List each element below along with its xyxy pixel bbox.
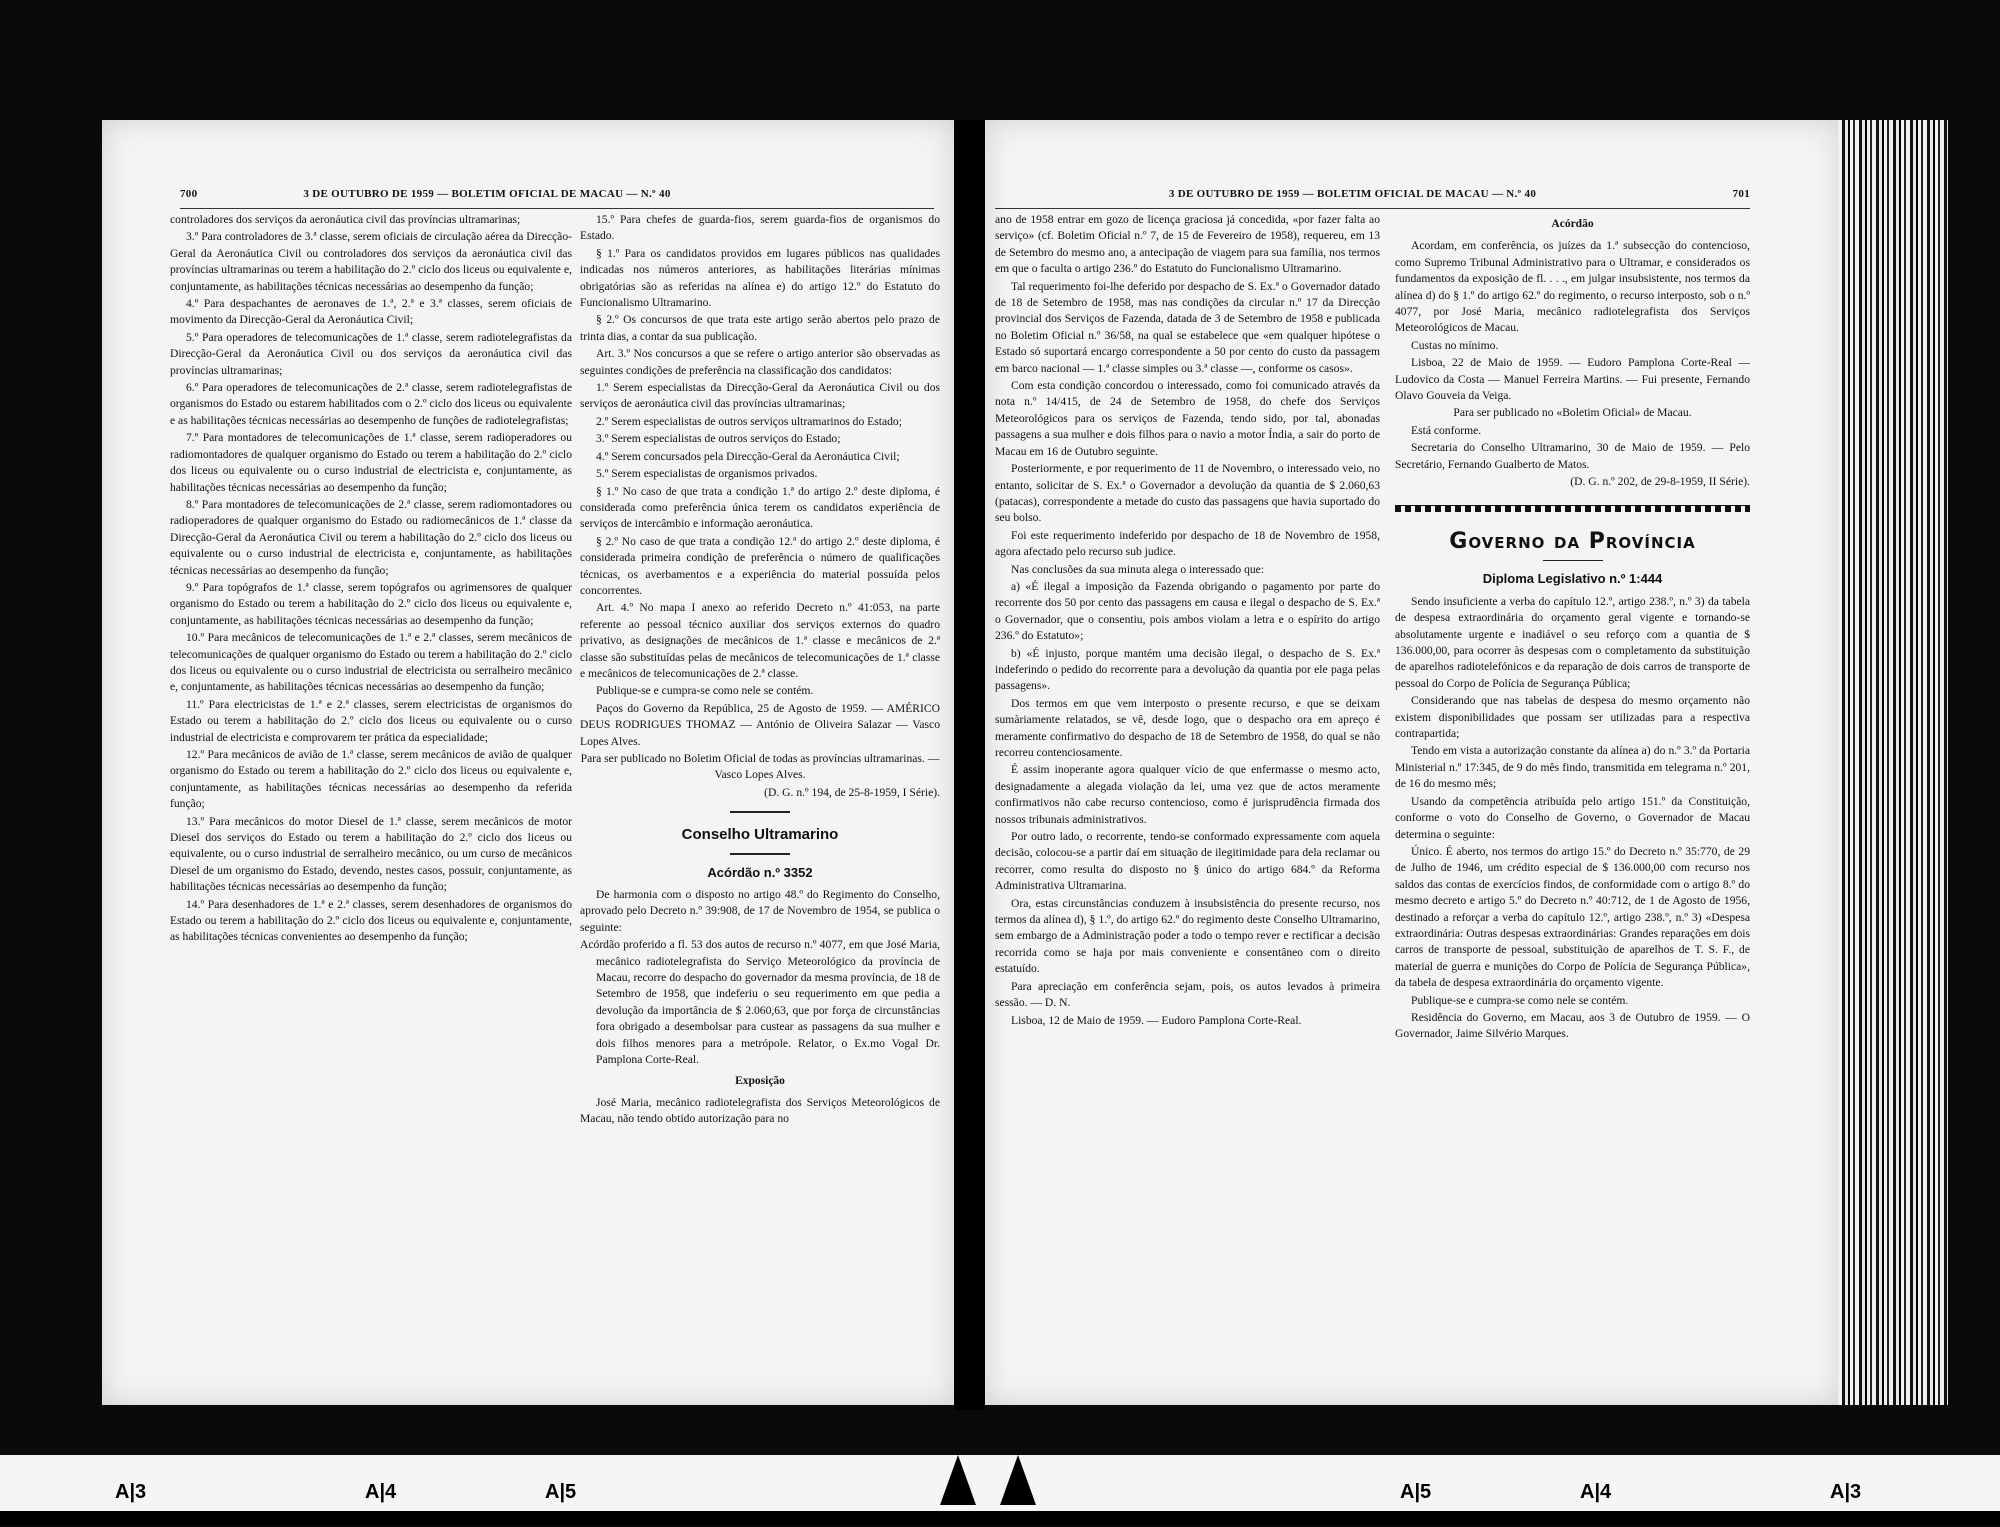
paragraph: § 2.º No caso de que trata a condição 12…: [580, 534, 940, 600]
right-page: 3 DE OUTUBRO DE 1959 — BOLETIM OFICIAL D…: [985, 120, 1840, 1405]
page-number: 701: [1733, 188, 1750, 200]
paragraph: a) «É ilegal a imposição da Fazenda obri…: [995, 579, 1380, 645]
paragraph: § 1.º Para os candidatos providos em lug…: [580, 246, 940, 312]
divider: [1543, 560, 1603, 562]
paragraph: ano de 1958 entrar em gozo de licença gr…: [995, 212, 1380, 278]
book-gutter: [968, 120, 985, 1410]
acordao-heading: Acórdão: [1395, 216, 1750, 232]
ornamental-divider: [1395, 505, 1750, 512]
running-head: 700 3 DE OUTUBRO DE 1959 — BOLETIM OFICI…: [180, 188, 934, 209]
film-mark: A|5: [545, 1481, 576, 1504]
paragraph: § 1.º No caso de que trata a condição 1.…: [580, 484, 940, 533]
section-title: Conselho Ultramarino: [580, 827, 940, 843]
paragraph: Está conforme.: [1395, 423, 1750, 439]
dg-reference: (D. G. n.º 202, de 29-8-1959, II Série).: [1395, 474, 1750, 490]
paragraph: 13.º Para mecânicos do motor Diesel de 1…: [170, 814, 572, 896]
dg-reference: (D. G. n.º 194, de 25-8-1959, I Série).: [580, 785, 940, 801]
paragraph: Acordam, em conferência, os juízes da 1.…: [1395, 238, 1750, 336]
paragraph: Considerando que nas tabelas de despesa …: [1395, 693, 1750, 742]
paragraph: Lisboa, 12 de Maio de 1959. — Eudoro Pam…: [995, 1013, 1380, 1029]
paragraph: Nas conclusões da sua minuta alega o int…: [995, 562, 1380, 578]
exposicao-title: Exposição: [580, 1073, 940, 1089]
right-column-1: ano de 1958 entrar em gozo de licença gr…: [995, 212, 1380, 1030]
acordao-summary: Acórdão proferido a fl. 53 dos autos de …: [580, 937, 940, 1068]
divider: [730, 811, 790, 813]
publish-note: Para ser publicado no «Boletim Oficial» …: [1395, 405, 1750, 421]
paragraph: 3.º Para controladores de 3.ª classe, se…: [170, 229, 572, 295]
film-mark: A|3: [115, 1481, 146, 1504]
paragraph: 7.º Para montadores de telecomunicações …: [170, 430, 572, 496]
paragraph: Publique-se e cumpra-se como nele se con…: [1395, 993, 1750, 1009]
paragraph: 14.º Para desenhadores de 1.ª e 2.ª clas…: [170, 897, 572, 946]
page-edges: [1838, 120, 1948, 1405]
film-mark: A|3: [1830, 1481, 1861, 1504]
paragraph: 1.º Serem especialistas da Direcção-Gera…: [580, 380, 940, 413]
paragraph: Por outro lado, o recorrente, tendo-se c…: [995, 829, 1380, 895]
left-page: 700 3 DE OUTUBRO DE 1959 — BOLETIM OFICI…: [102, 120, 954, 1405]
paragraph: 4.º Serem concursados pela Direcção-Gera…: [580, 449, 940, 465]
paragraph: 5.º Para operadores de telecomunicações …: [170, 330, 572, 379]
book-gutter: [954, 120, 968, 1410]
paragraph: 2.º Serem especialistas de outros serviç…: [580, 414, 940, 430]
paragraph: 11.º Para electricistas de 1.ª e 2.ª cla…: [170, 697, 572, 746]
paragraph: José Maria, mecânico radiotelegrafista d…: [580, 1095, 940, 1128]
film-mark: A|4: [365, 1481, 396, 1504]
paragraph: 5.º Serem especialistas de organismos pr…: [580, 466, 940, 482]
section-title: Governo da Província: [1395, 534, 1750, 550]
paragraph: Publique-se e cumpra-se como nele se con…: [580, 683, 940, 699]
paragraph: Posteriormente, e por requerimento de 11…: [995, 461, 1380, 527]
divider: [730, 853, 790, 855]
paragraph: De harmonia com o disposto no artigo 48.…: [580, 887, 940, 936]
film-mark: A|5: [1400, 1481, 1431, 1504]
paragraph: Sendo insuficiente a verba do capítulo 1…: [1395, 594, 1750, 692]
paragraph: 10.º Para mecânicos de telecomunicações …: [170, 630, 572, 696]
paragraph: 9.º Para topógrafos de 1.ª classe, serem…: [170, 580, 572, 629]
paragraph: 8.º Para montadores de telecomunicações …: [170, 497, 572, 579]
running-head-title: 3 DE OUTUBRO DE 1959 — BOLETIM OFICIAL D…: [975, 188, 1730, 200]
film-border: [0, 1511, 2000, 1525]
paragraph: Tal requerimento foi-lhe deferido por de…: [995, 279, 1380, 377]
film-notch: [940, 1455, 976, 1505]
paragraph: É assim inoperante agora qualquer vício …: [995, 762, 1380, 828]
paragraph: Com esta condição concordou o interessad…: [995, 378, 1380, 460]
paragraph: controladores dos serviços da aeronáutic…: [170, 212, 572, 228]
paragraph: 4.º Para despachantes de aeronaves de 1.…: [170, 296, 572, 329]
paragraph: Secretaria do Conselho Ultramarino, 30 d…: [1395, 440, 1750, 473]
paragraph: b) «É injusto, porque mantém uma decisão…: [995, 646, 1380, 695]
paragraph: 12.º Para mecânicos de avião de 1.ª clas…: [170, 747, 572, 813]
paragraph: Foi este requerimento indeferido por des…: [995, 528, 1380, 561]
running-head-title: 3 DE OUTUBRO DE 1959 — BOLETIM OFICIAL D…: [110, 188, 864, 200]
paragraph: Art. 4.º No mapa I anexo ao referido Dec…: [580, 600, 940, 682]
paragraph: Ora, estas circunstâncias conduzem à ins…: [995, 896, 1380, 978]
diploma-title: Diploma Legislativo n.º 1:444: [1395, 571, 1750, 587]
paragraph: Residência do Governo, em Macau, aos 3 d…: [1395, 1010, 1750, 1043]
paragraph: 3.º Serem especialistas de outros serviç…: [580, 431, 940, 447]
microfilm-strip: A|3 A|4 A|5 A|5 A|4 A|3: [0, 1455, 2000, 1525]
paragraph: Usando da competência atribuída pelo art…: [1395, 794, 1750, 843]
paragraph: Para apreciação em conferência sejam, po…: [995, 979, 1380, 1012]
film-notch: [1000, 1455, 1036, 1505]
paragraph: Dos termos em que vem interposto o prese…: [995, 696, 1380, 762]
paragraph: Tendo em vista a autorização constante d…: [1395, 743, 1750, 792]
paragraph: Paços do Governo da República, 25 de Ago…: [580, 701, 940, 750]
paragraph: Lisboa, 22 de Maio de 1959. — Eudoro Pam…: [1395, 355, 1750, 404]
left-column-2: 15.º Para chefes de guarda-fios, serem g…: [580, 212, 940, 1129]
paragraph: Art. 3.º Nos concursos a que se refere o…: [580, 346, 940, 379]
paragraph: § 2.º Os concursos de que trata este art…: [580, 312, 940, 345]
right-column-2: Acórdão Acordam, em conferência, os juíz…: [1395, 212, 1750, 1044]
paragraph: 6.º Para operadores de telecomunicações …: [170, 380, 572, 429]
running-head: 3 DE OUTUBRO DE 1959 — BOLETIM OFICIAL D…: [995, 188, 1750, 209]
publish-note: Para ser publicado no Boletim Oficial de…: [580, 751, 940, 784]
paragraph: Custas no mínimo.: [1395, 338, 1750, 354]
acordao-title: Acórdão n.º 3352: [580, 865, 940, 881]
film-mark: A|4: [1580, 1481, 1611, 1504]
left-column-1: controladores dos serviços da aeronáutic…: [170, 212, 572, 947]
paragraph: 15.º Para chefes de guarda-fios, serem g…: [580, 212, 940, 245]
paragraph: Único. É aberto, nos termos do artigo 15…: [1395, 844, 1750, 992]
